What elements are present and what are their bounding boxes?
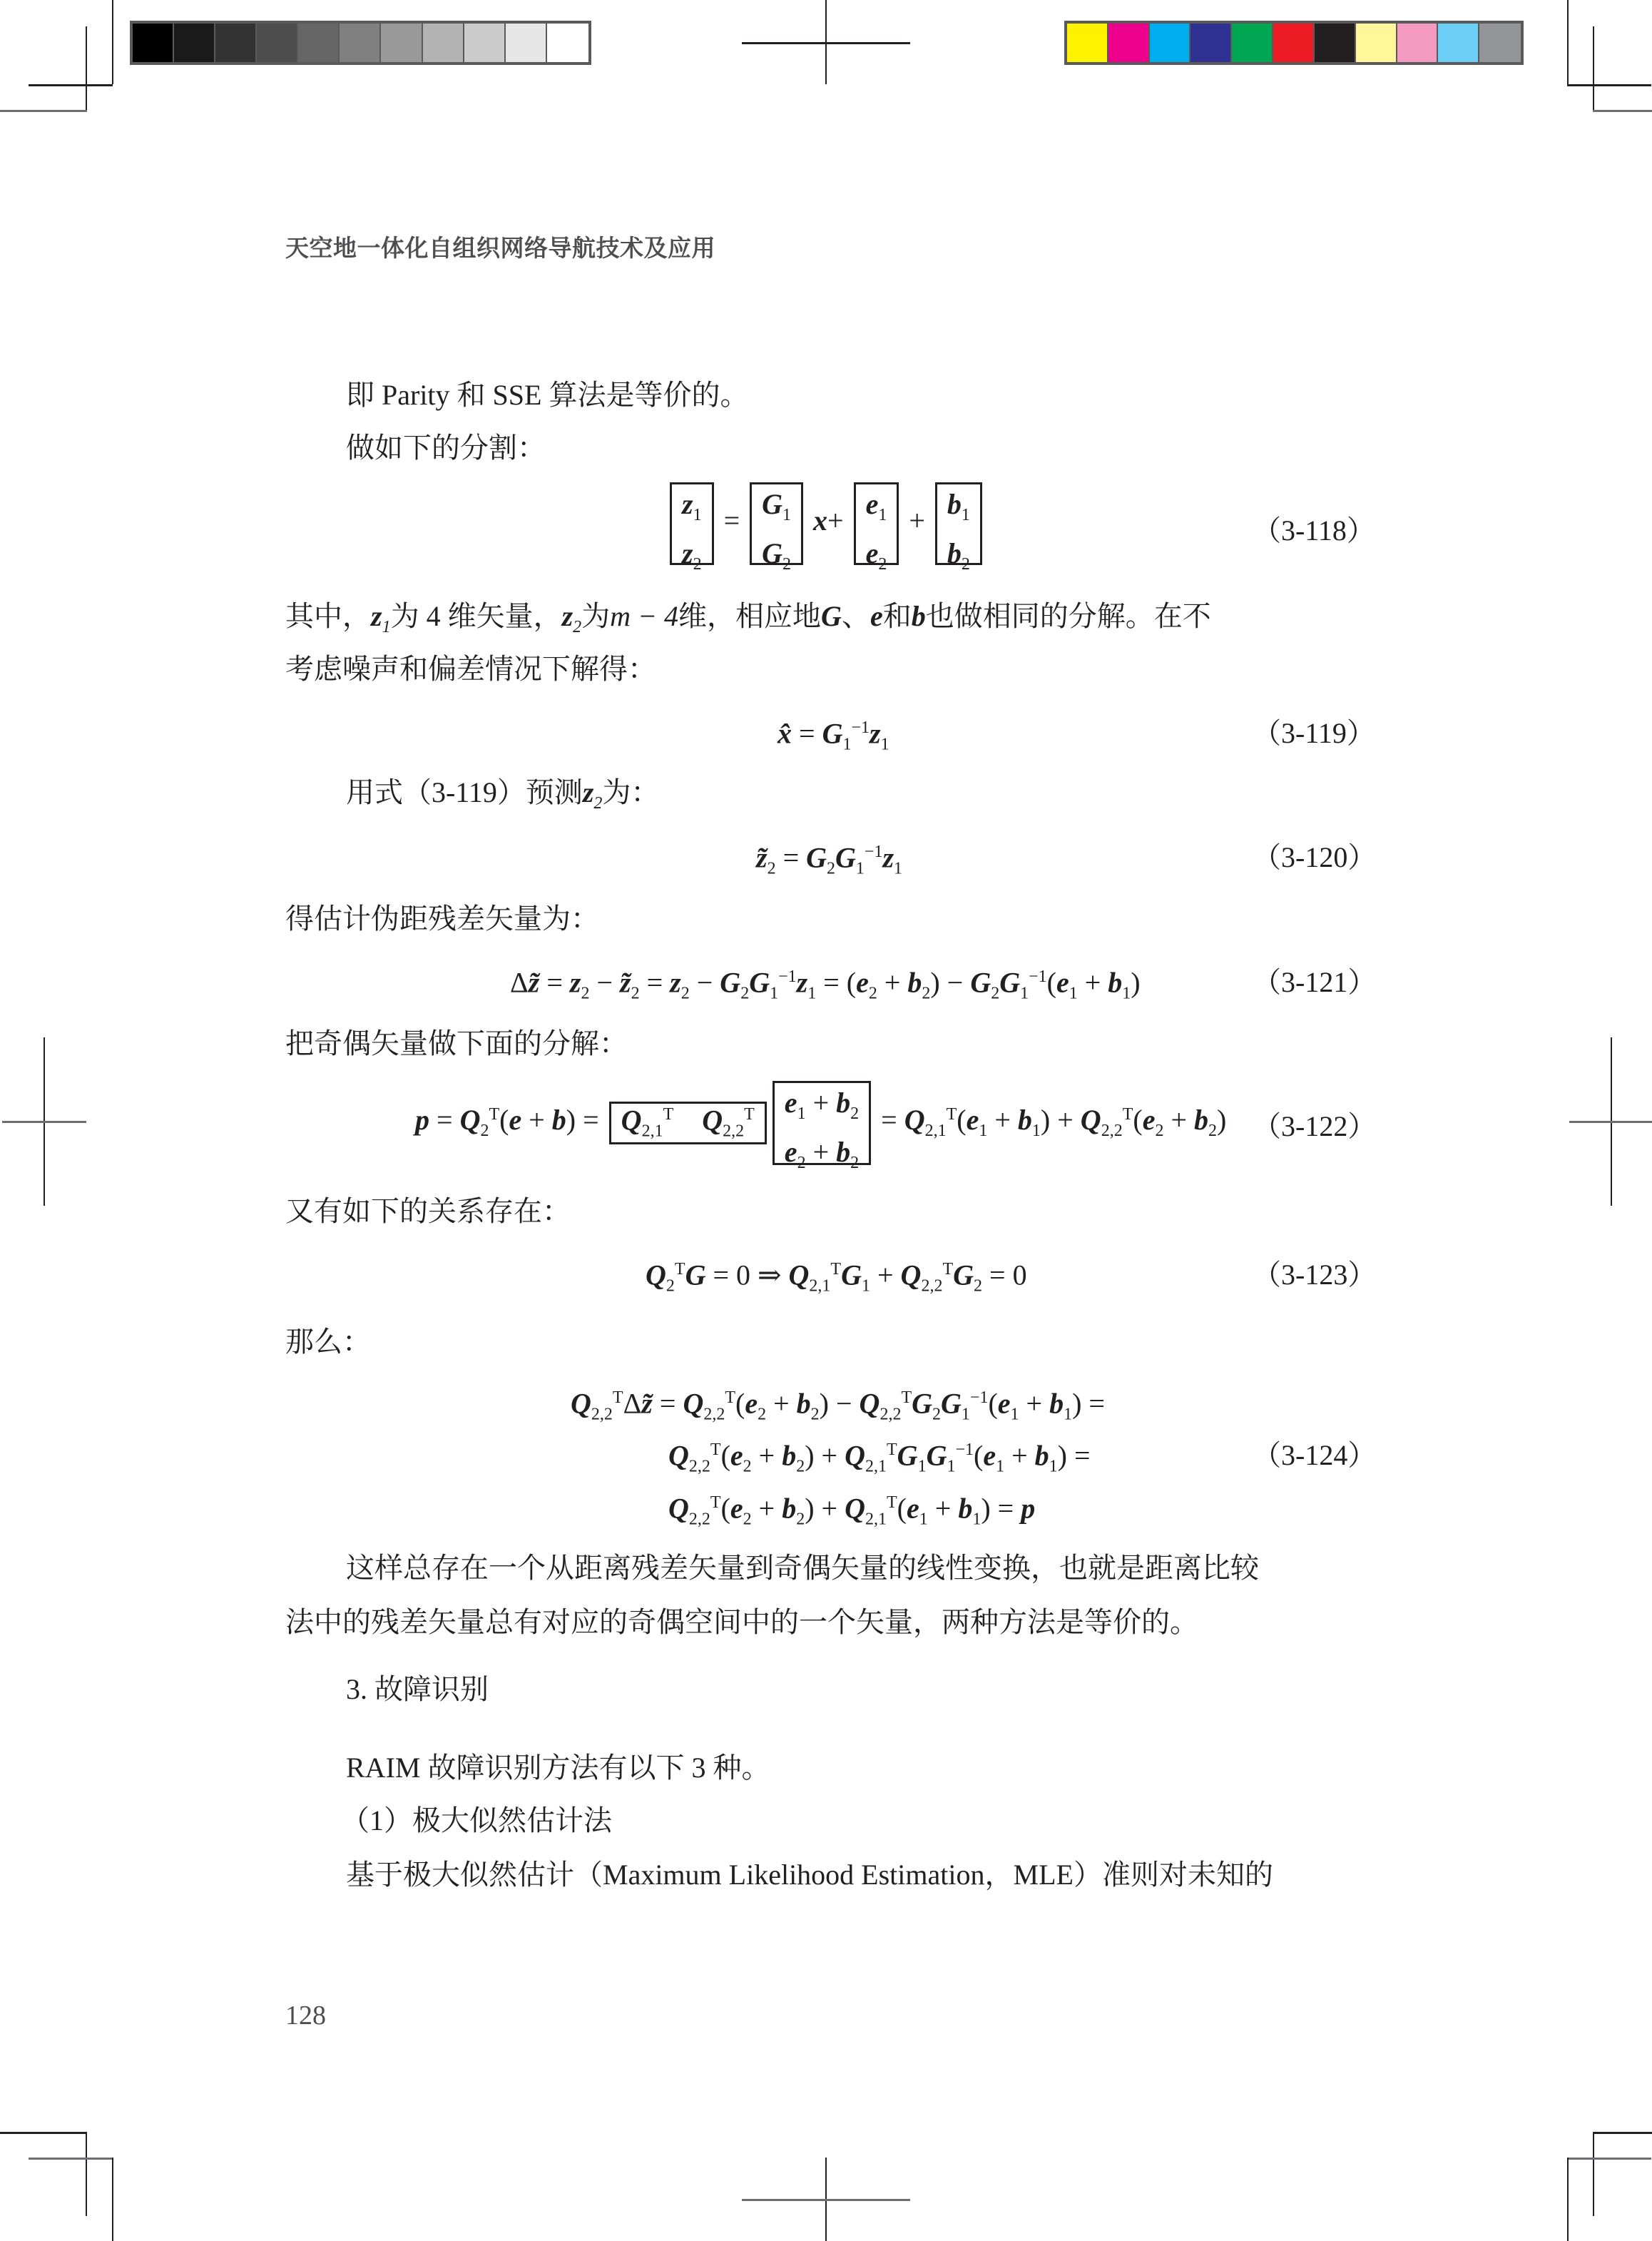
crop-mark-line — [1593, 110, 1652, 112]
crop-mark-line — [112, 2158, 113, 2241]
color-swatch — [1438, 24, 1479, 62]
equation-3-123: Q2TG = 0 ⇒ Q2,1TG1 + Q2,2TG2 = 0 — [646, 1252, 1027, 1303]
registration-mark-line — [742, 42, 910, 44]
registration-mark-line — [742, 2199, 910, 2201]
crop-mark-line — [1593, 2132, 1652, 2134]
paragraph: 得估计伪距残差矢量为： — [285, 900, 599, 937]
color-swatch — [1190, 24, 1232, 62]
color-swatch — [298, 24, 340, 62]
equation-number: （3-119） — [1253, 711, 1375, 751]
registration-mark-line — [1569, 1121, 1652, 1123]
color-swatch — [1273, 24, 1315, 62]
paragraph: 这样总存在一个从距离残差矢量到奇偶矢量的线性变换，也就是距离比较 — [346, 1550, 1259, 1587]
crop-mark-line — [1567, 0, 1569, 84]
paragraph: 那么： — [285, 1323, 371, 1361]
crop-mark-line — [29, 84, 113, 86]
grayscale-calibration-bar — [130, 21, 591, 65]
paragraph: 做如下的分割： — [346, 430, 546, 467]
color-swatch — [340, 24, 381, 62]
equation-number: （3-124） — [1253, 1433, 1376, 1473]
paragraph: RAIM 故障识别方法有以下 3 种。 — [346, 1749, 770, 1787]
color-swatch — [174, 24, 215, 62]
color-swatch — [1356, 24, 1397, 62]
equation-3-122: p = Q2T(e + b) = Q2,1TQ2,2Te1 + b2e2 + b… — [415, 1081, 1226, 1165]
equation-3-120: z̃2 = G2G1−1z1 — [756, 835, 902, 885]
color-swatch — [381, 24, 422, 62]
color-swatch — [257, 24, 298, 62]
color-swatch — [1150, 24, 1191, 62]
color-swatch — [506, 24, 547, 62]
crop-mark-line — [86, 2132, 87, 2216]
color-swatch — [215, 24, 257, 62]
color-swatch — [1108, 24, 1150, 62]
equation-3-118: z1z2 = G1G2 x+ e1e2 + b1b2 — [667, 482, 985, 565]
crop-mark-line — [1567, 2158, 1569, 2241]
equation-number: （3-121） — [1253, 960, 1376, 1000]
color-swatch — [1479, 24, 1521, 62]
paragraph: 即 Parity 和 SSE 算法是等价的。 — [346, 377, 748, 414]
crop-mark-line — [1593, 2132, 1594, 2216]
equation-number: （3-123） — [1253, 1252, 1376, 1293]
color-swatch — [464, 24, 506, 62]
color-swatch — [423, 24, 464, 62]
running-header-title: 天空地一体化自组织网络导航技术及应用 — [285, 230, 715, 263]
color-swatch — [1067, 24, 1108, 62]
subsection-heading: （1）极大似然估计法 — [341, 1802, 612, 1839]
equation-3-124-line-1: Q2,2TΔz̃ = Q2,2T(e2 + b2) − Q2,2TG2G1−1(… — [571, 1381, 1105, 1431]
registration-mark-line — [2, 1121, 86, 1123]
crop-mark-line — [29, 2158, 113, 2160]
paragraph: 基于极大似然估计（Maximum Likelihood Estimation，M… — [346, 1856, 1273, 1894]
crop-mark-line — [0, 2132, 87, 2134]
paragraph: 用式（3-119）预测z2为： — [346, 774, 659, 822]
equation-3-124-line-2: Q2,2T(e2 + b2) + Q2,1TG1G1−1(e1 + b1) = — [668, 1433, 1091, 1483]
equation-3-124-line-3: Q2,2T(e2 + b2) + Q2,1T(e1 + b1) = p — [668, 1485, 1035, 1536]
equation-3-121: Δz̃ = z2 − z̃2 = z2 − G2G1−1z1 = (e2 + b… — [510, 960, 1141, 1010]
color-swatch — [133, 24, 174, 62]
paragraph: 法中的残差矢量总有对应的奇偶空间中的一个矢量，两种方法是等价的。 — [285, 1604, 1198, 1641]
crop-mark-line — [1567, 2158, 1651, 2160]
crop-mark-line — [1567, 84, 1651, 86]
crop-mark-line — [1593, 26, 1594, 111]
page-number: 128 — [285, 2000, 326, 2031]
crop-mark-line — [86, 26, 87, 111]
crop-mark-line — [112, 0, 113, 84]
color-swatch — [1315, 24, 1356, 62]
equation-number: （3-120） — [1253, 835, 1376, 875]
equation-3-119: x̂ = G1−1z1 — [777, 711, 889, 761]
paragraph: 考虑噪声和偏差情况下解得： — [285, 651, 656, 688]
equation-number: （3-122） — [1253, 1104, 1376, 1144]
paragraph: 其中，z1为 4 维矢量，z2为m − 4维，相应地G、e和b也做相同的分解。在… — [285, 598, 1211, 646]
color-swatch — [547, 24, 588, 62]
crop-mark-line — [0, 110, 87, 112]
color-calibration-bar — [1064, 21, 1524, 65]
paragraph: 把奇偶矢量做下面的分解： — [285, 1025, 628, 1062]
section-heading: 3. 故障识别 — [346, 1671, 489, 1708]
paragraph: 又有如下的关系存在： — [285, 1193, 571, 1230]
equation-number: （3-118） — [1253, 508, 1375, 549]
color-swatch — [1397, 24, 1439, 62]
color-swatch — [1232, 24, 1273, 62]
